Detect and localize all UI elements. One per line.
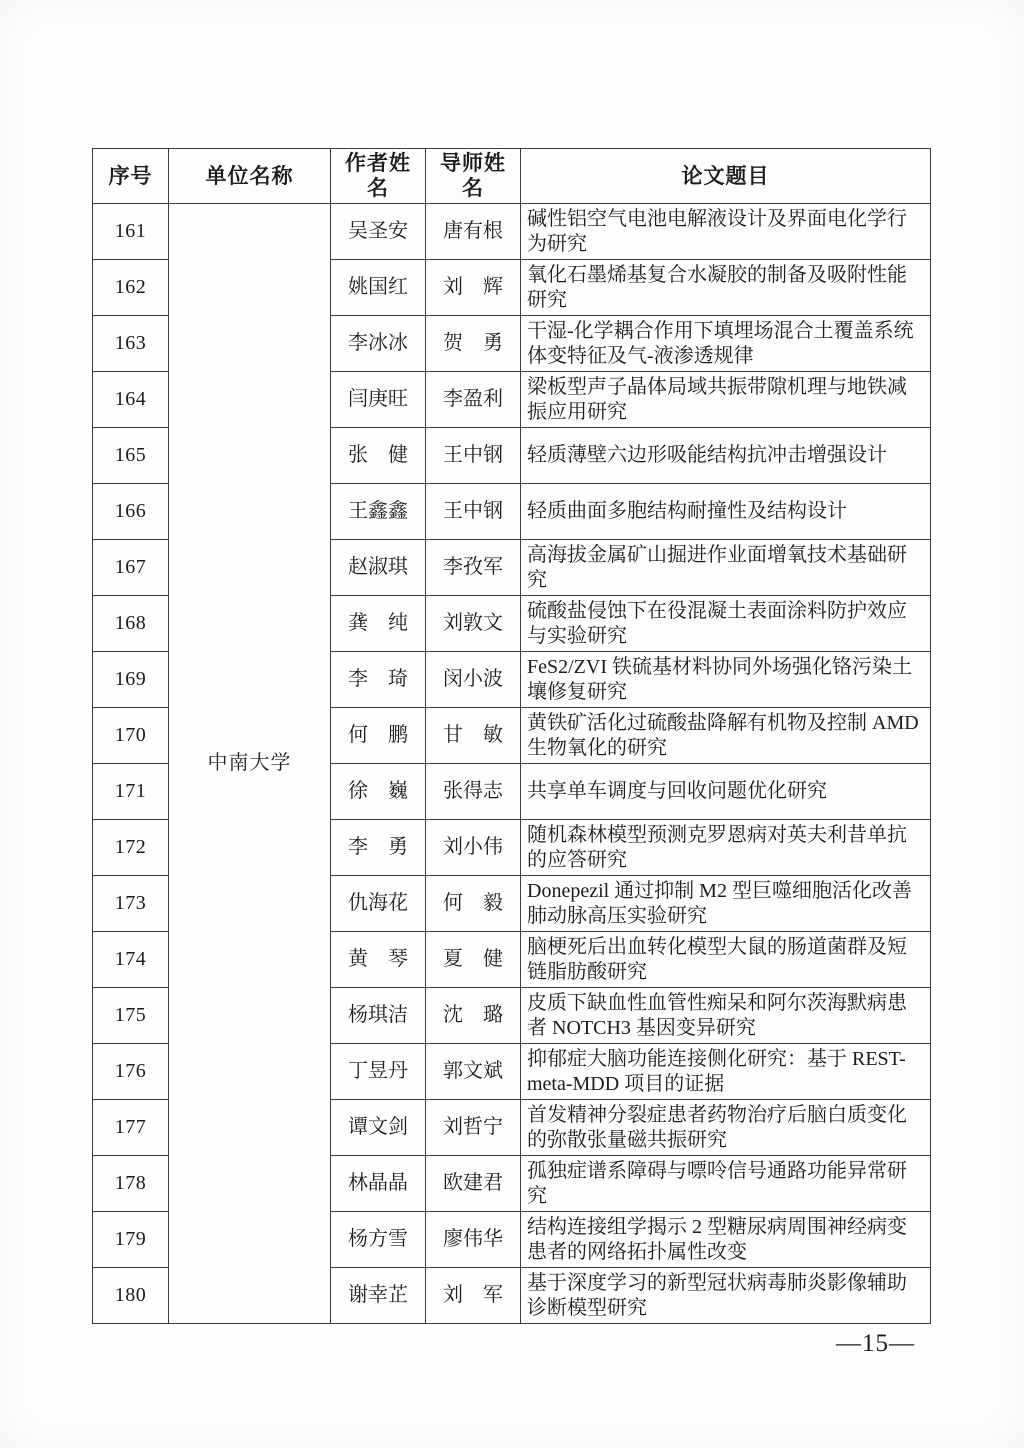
author-name: 黄 琴 — [331, 932, 426, 988]
thesis-title: 抑郁症大脑功能连接侧化研究：基于 REST-meta-MDD 项目的证据 — [521, 1044, 931, 1100]
header-thesis-title: 论文题目 — [521, 149, 931, 204]
page-number: —15— — [836, 1330, 915, 1358]
thesis-title: 结构连接组学揭示 2 型糖尿病周围神经病变患者的网络拓扑属性改变 — [521, 1212, 931, 1268]
author-name: 李冰冰 — [331, 316, 426, 372]
thesis-title: 碱性铝空气电池电解液设计及界面电化学行为研究 — [521, 204, 931, 260]
author-name: 何 鹏 — [331, 708, 426, 764]
row-number: 173 — [93, 876, 169, 932]
header-institution: 单位名称 — [169, 149, 331, 204]
thesis-title: 硫酸盐侵蚀下在役混凝土表面涂料防护效应与实验研究 — [521, 596, 931, 652]
row-number: 175 — [93, 988, 169, 1044]
advisor-name: 夏 健 — [426, 932, 521, 988]
thesis-title: FeS2/ZVI 铁硫基材料协同外场强化铬污染土壤修复研究 — [521, 652, 931, 708]
advisor-name: 刘哲宁 — [426, 1100, 521, 1156]
header-advisor-name: 导师姓名 — [426, 149, 521, 204]
row-number: 168 — [93, 596, 169, 652]
author-name: 王鑫鑫 — [331, 484, 426, 540]
advisor-name: 何 毅 — [426, 876, 521, 932]
thesis-title: 梁板型声子晶体局域共振带隙机理与地铁减振应用研究 — [521, 372, 931, 428]
author-name: 李 琦 — [331, 652, 426, 708]
advisor-name: 王中钢 — [426, 428, 521, 484]
author-name: 丁昱丹 — [331, 1044, 426, 1100]
author-name: 闫庚旺 — [331, 372, 426, 428]
advisor-name: 张得志 — [426, 764, 521, 820]
author-name: 谭文剑 — [331, 1100, 426, 1156]
thesis-title: 脑梗死后出血转化模型大鼠的肠道菌群及短链脂肪酸研究 — [521, 932, 931, 988]
row-number: 161 — [93, 204, 169, 260]
row-number: 167 — [93, 540, 169, 596]
thesis-title: 随机森林模型预测克罗恩病对英夫利昔单抗的应答研究 — [521, 820, 931, 876]
advisor-name: 刘小伟 — [426, 820, 521, 876]
author-name: 杨琪洁 — [331, 988, 426, 1044]
thesis-title: 首发精神分裂症患者药物治疗后脑白质变化的弥散张量磁共振研究 — [521, 1100, 931, 1156]
table-row: 161 中南大学 吴圣安 唐有根 碱性铝空气电池电解液设计及界面电化学行为研究 — [93, 204, 931, 260]
author-name: 谢幸芷 — [331, 1268, 426, 1324]
advisor-name: 李盈利 — [426, 372, 521, 428]
advisor-name: 沈 璐 — [426, 988, 521, 1044]
advisor-name: 刘敦文 — [426, 596, 521, 652]
thesis-title: 高海拔金属矿山掘进作业面增氧技术基础研究 — [521, 540, 931, 596]
thesis-title: 干湿-化学耦合作用下填埋场混合土覆盖系统体变特征及气-液渗透规律 — [521, 316, 931, 372]
header-author-name: 作者姓名 — [331, 149, 426, 204]
row-number: 180 — [93, 1268, 169, 1324]
author-name: 吴圣安 — [331, 204, 426, 260]
author-name: 张 健 — [331, 428, 426, 484]
row-number: 177 — [93, 1100, 169, 1156]
advisor-name: 李孜军 — [426, 540, 521, 596]
advisor-name: 甘 敏 — [426, 708, 521, 764]
advisor-name: 刘 辉 — [426, 260, 521, 316]
row-number: 176 — [93, 1044, 169, 1100]
thesis-title: 基于深度学习的新型冠状病毒肺炎影像辅助诊断模型研究 — [521, 1268, 931, 1324]
author-name: 李 勇 — [331, 820, 426, 876]
advisor-name: 欧建君 — [426, 1156, 521, 1212]
thesis-title: 共享单车调度与回收问题优化研究 — [521, 764, 931, 820]
thesis-title: 孤独症谱系障碍与嘌呤信号通路功能异常研究 — [521, 1156, 931, 1212]
row-number: 174 — [93, 932, 169, 988]
thesis-title: Donepezil 通过抑制 M2 型巨噬细胞活化改善肺动脉高压实验研究 — [521, 876, 931, 932]
row-number: 165 — [93, 428, 169, 484]
author-name: 龚 纯 — [331, 596, 426, 652]
row-number: 166 — [93, 484, 169, 540]
thesis-title: 氧化石墨烯基复合水凝胶的制备及吸附性能研究 — [521, 260, 931, 316]
row-number: 178 — [93, 1156, 169, 1212]
advisor-name: 唐有根 — [426, 204, 521, 260]
row-number: 162 — [93, 260, 169, 316]
advisor-name: 郭文斌 — [426, 1044, 521, 1100]
author-name: 徐 巍 — [331, 764, 426, 820]
author-name: 仇海花 — [331, 876, 426, 932]
row-number: 170 — [93, 708, 169, 764]
row-number: 164 — [93, 372, 169, 428]
author-name: 林晶晶 — [331, 1156, 426, 1212]
advisor-name: 刘 军 — [426, 1268, 521, 1324]
institution-cell: 中南大学 — [169, 204, 331, 1324]
row-number: 179 — [93, 1212, 169, 1268]
thesis-title: 皮质下缺血性血管性痴呆和阿尔茨海默病患者 NOTCH3 基因变异研究 — [521, 988, 931, 1044]
row-number: 169 — [93, 652, 169, 708]
advisor-name: 廖伟华 — [426, 1212, 521, 1268]
row-number: 172 — [93, 820, 169, 876]
advisor-name: 闵小波 — [426, 652, 521, 708]
row-number: 171 — [93, 764, 169, 820]
table-header-row: 序号 单位名称 作者姓名 导师姓名 论文题目 — [93, 149, 931, 204]
thesis-table: 序号 单位名称 作者姓名 导师姓名 论文题目 161 中南大学 吴圣安 唐有根 … — [92, 148, 931, 1324]
author-name: 杨方雪 — [331, 1212, 426, 1268]
thesis-title: 轻质曲面多胞结构耐撞性及结构设计 — [521, 484, 931, 540]
row-number: 163 — [93, 316, 169, 372]
advisor-name: 贺 勇 — [426, 316, 521, 372]
author-name: 赵淑琪 — [331, 540, 426, 596]
header-serial-number: 序号 — [93, 149, 169, 204]
author-name: 姚国红 — [331, 260, 426, 316]
document-page: 序号 单位名称 作者姓名 导师姓名 论文题目 161 中南大学 吴圣安 唐有根 … — [0, 0, 1024, 1448]
thesis-title: 黄铁矿活化过硫酸盐降解有机物及控制 AMD 生物氧化的研究 — [521, 708, 931, 764]
advisor-name: 王中钢 — [426, 484, 521, 540]
thesis-title: 轻质薄壁六边形吸能结构抗冲击增强设计 — [521, 428, 931, 484]
